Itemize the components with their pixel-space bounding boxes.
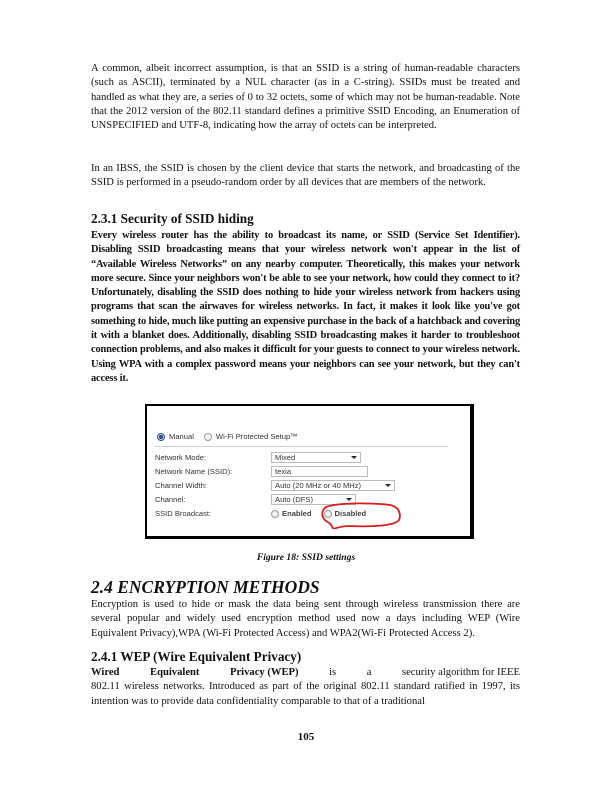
- ssid-broadcast-label: SSID Broadcast:: [155, 509, 271, 518]
- enabled-radio-icon: [271, 510, 279, 518]
- wep-word: security algorithm for IEEE: [402, 666, 520, 680]
- wep-word: is: [329, 666, 336, 680]
- wps-label: Wi-Fi Protected Setup™: [216, 432, 298, 441]
- wep-word: Wired: [91, 666, 119, 680]
- setup-mode-radios: Manual Wi-Fi Protected Setup™: [157, 432, 298, 441]
- ssid-label: Network Name (SSID):: [155, 467, 271, 476]
- heading-wep: 2.4.1 WEP (Wire Equivalent Privacy): [91, 649, 301, 665]
- paragraph-ssid-hiding: Every wireless router has the ability to…: [91, 229, 520, 386]
- broadcast-enabled-option: Enabled: [271, 509, 312, 518]
- manual-label: Manual: [169, 432, 194, 441]
- wep-first-line: Wired Equivalent Privacy (WEP) is a secu…: [91, 666, 520, 680]
- channel-width-label: Channel Width:: [155, 481, 271, 490]
- wep-word: Equivalent: [150, 666, 199, 680]
- red-highlight-circle-icon: [320, 502, 402, 529]
- network-mode-label: Network Mode:: [155, 453, 271, 462]
- chevron-down-icon: [346, 498, 352, 501]
- paragraph-encryption: Encryption is used to hide or mask the d…: [91, 598, 520, 641]
- figure-caption: Figure 18: SSID settings: [0, 552, 612, 563]
- paragraph-wep: Wired Equivalent Privacy (WEP) is a secu…: [91, 666, 520, 709]
- heading-encryption-methods: 2.4 ENCRYPTION METHODS: [91, 577, 320, 598]
- document-page: A common, albeit incorrect assumption, i…: [0, 0, 612, 792]
- channel-label: Channel:: [155, 495, 271, 504]
- channel-value: Auto (DFS): [275, 495, 313, 504]
- page-number: 105: [0, 731, 612, 743]
- manual-radio-icon: [157, 433, 165, 441]
- channel-width-select: Auto (20 MHz or 40 MHz): [271, 480, 395, 491]
- paragraph-ssid-assumption: A common, albeit incorrect assumption, i…: [91, 62, 520, 133]
- paragraph-ibss: In an IBSS, the SSID is chosen by the cl…: [91, 162, 520, 191]
- enabled-label: Enabled: [282, 509, 312, 518]
- channel-width-value: Auto (20 MHz or 40 MHz): [275, 481, 361, 490]
- chevron-down-icon: [351, 456, 357, 459]
- ssid-row: Network Name (SSID): texia: [155, 466, 368, 477]
- wps-radio-icon: [204, 433, 212, 441]
- wep-rest-text: 802.11 wireless networks. Introduced as …: [91, 680, 520, 709]
- network-mode-value: Mixed: [275, 453, 295, 462]
- divider: [155, 446, 448, 447]
- ssid-value: texia: [275, 467, 291, 476]
- heading-security-of-ssid-hiding: 2.3.1 Security of SSID hiding: [91, 211, 254, 227]
- ssid-field: texia: [271, 466, 368, 477]
- ssid-settings-figure: Manual Wi-Fi Protected Setup™ Network Mo…: [145, 404, 474, 539]
- chevron-down-icon: [385, 484, 391, 487]
- wep-word: Privacy (WEP): [230, 666, 299, 680]
- network-mode-select: Mixed: [271, 452, 361, 463]
- channel-width-row: Channel Width: Auto (20 MHz or 40 MHz): [155, 480, 395, 491]
- wep-word: a: [367, 666, 372, 680]
- network-mode-row: Network Mode: Mixed: [155, 452, 361, 463]
